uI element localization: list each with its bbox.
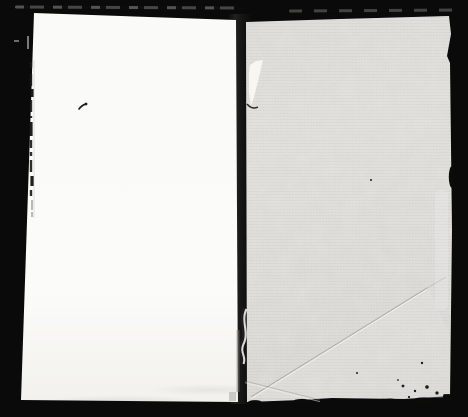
binding-show-through-marks: [26, 60, 38, 218]
ink-fleck: [77, 100, 91, 112]
scan-scratch-line: [15, 6, 243, 10]
left-border-sliver: [27, 36, 29, 49]
left-border-tick: [14, 40, 19, 42]
scanned-book-image: [0, 0, 468, 417]
scan-scratch-line: [289, 9, 461, 13]
